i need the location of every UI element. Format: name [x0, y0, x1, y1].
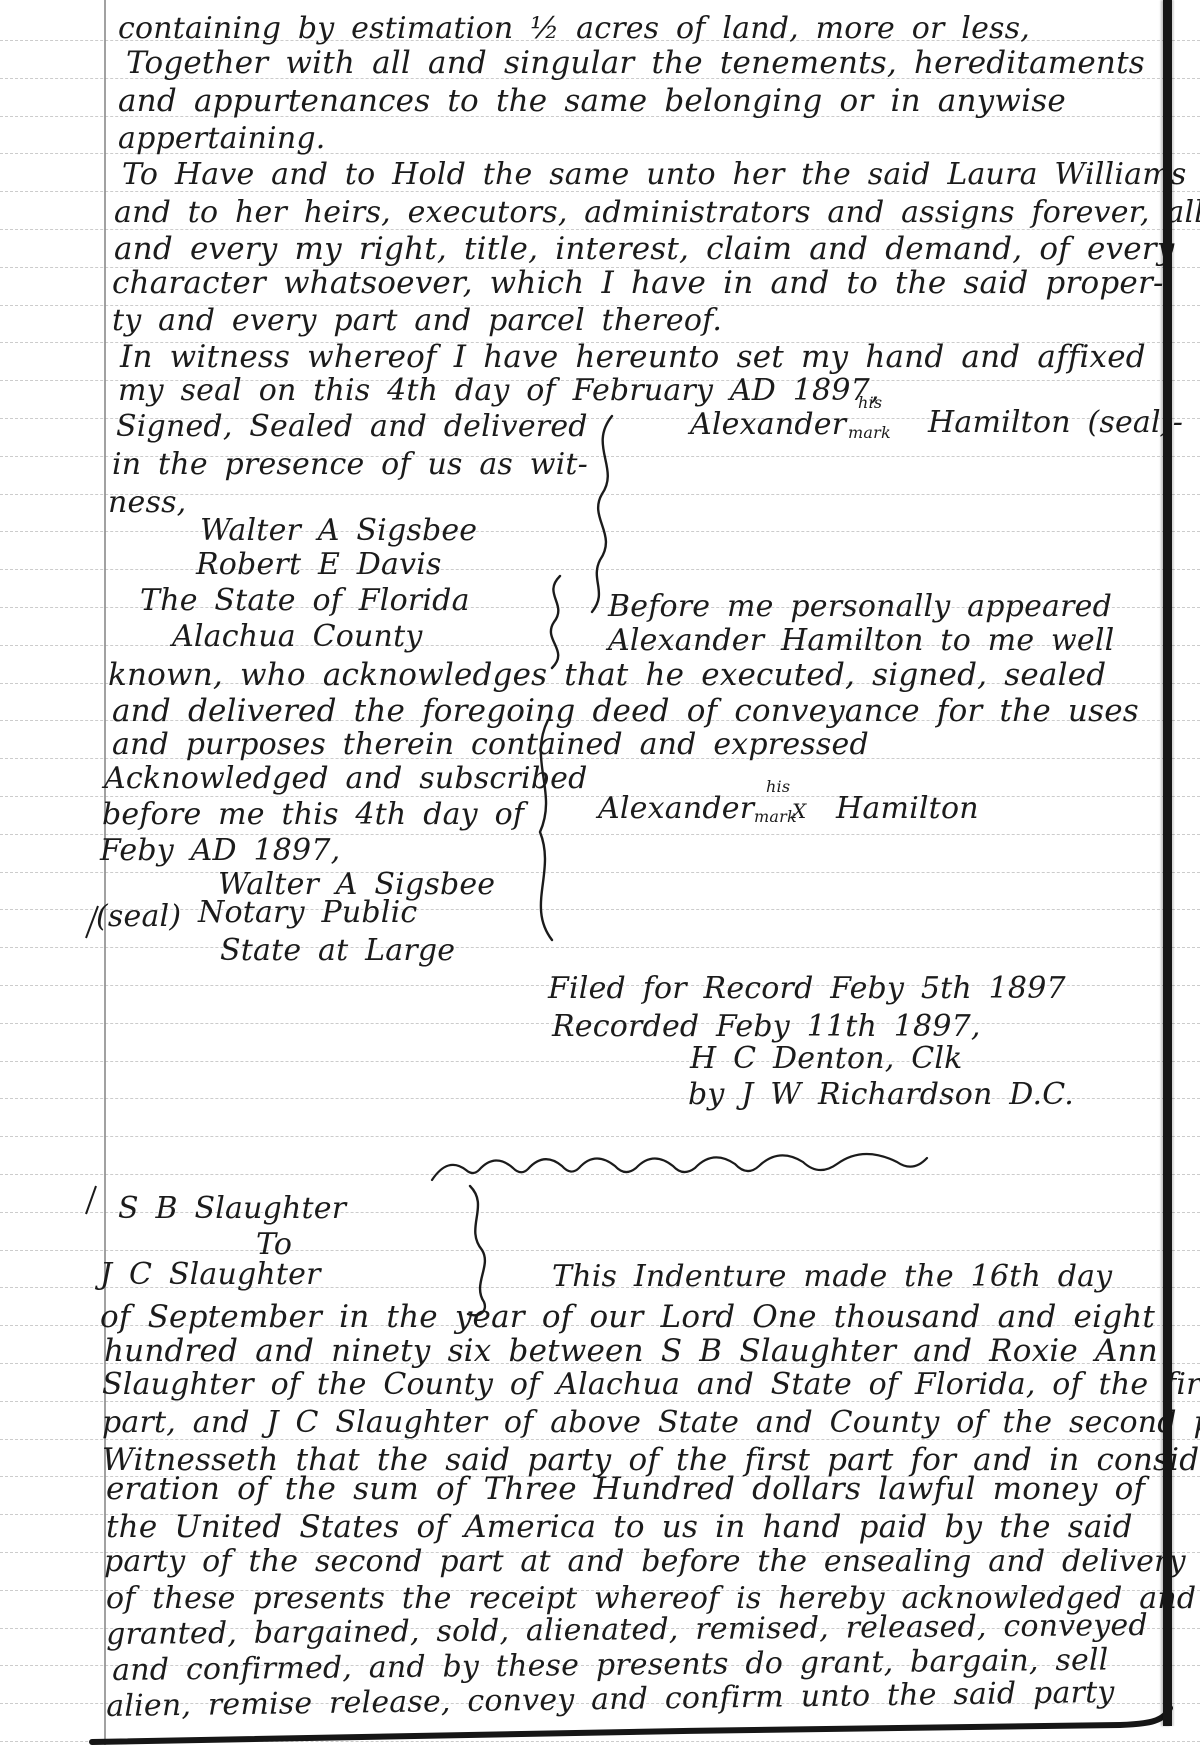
handwritten-line: and every my right, title, interest, cla… [114, 232, 1175, 266]
handwritten-line: Notary Public [198, 896, 417, 929]
handwritten-line: Alexander [598, 792, 754, 825]
handwritten-line: Before me personally appeared [608, 590, 1112, 623]
handwritten-line: J C Slaughter [100, 1258, 321, 1291]
handwritten-line: Hamilton (seal)- [928, 406, 1183, 439]
ruled-line [0, 569, 1200, 570]
handwritten-line: Robert E Davis [196, 548, 442, 581]
handwritten-line: and to her heirs, executors, administrat… [114, 196, 1200, 229]
ruled-line [0, 1061, 1200, 1062]
venue-brace [551, 576, 560, 668]
handwritten-line: before me this 4th day of [102, 798, 524, 831]
handwritten-line: Alexander Hamilton to me well [608, 624, 1114, 657]
ruled-line [0, 947, 1200, 948]
handwritten-line: State at Large [220, 934, 455, 967]
handwritten-line: This Indenture made the 16th day [552, 1260, 1112, 1293]
handwritten-line: containing by estimation ½ acres of land… [118, 12, 1030, 45]
handwritten-line: Together with all and singular the tenem… [126, 46, 1145, 80]
handwritten-line: Feby AD 1897, [100, 834, 340, 867]
handwritten-line: known, who acknowledges that he executed… [108, 658, 1106, 692]
handwritten-line: my seal on this 4th day of February AD 1… [118, 374, 880, 407]
handwritten-line: Slaughter of the County of Alachua and S… [102, 1368, 1200, 1401]
ruled-line [0, 1250, 1200, 1251]
handwritten-line: eration of the sum of Three Hundred doll… [106, 1472, 1145, 1506]
handwritten-line: To Have and to Hold the same unto her th… [122, 158, 1186, 191]
handwritten-line: ty and every part and parcel thereof. [112, 304, 722, 337]
handwritten-line: of September in the year of our Lord One… [100, 1300, 1155, 1334]
handwritten-line: and purposes therein contained and expre… [112, 728, 869, 761]
handwritten-line: and delivered the foregoing deed of conv… [112, 694, 1139, 728]
handwritten-line: The State of Florida [140, 584, 470, 617]
handwritten-line: party of the second part at and before t… [104, 1545, 1186, 1578]
margin-tick-mark [86, 1186, 96, 1214]
handwritten-line: Acknowledged and subscribed [104, 762, 588, 795]
handwritten-line: Alachua County [172, 620, 422, 653]
handwritten-line: S B Slaughter [118, 1192, 346, 1225]
handwritten-line: In witness whereof I have hereunto set m… [120, 340, 1146, 374]
handwritten-line: H C Denton, Clk [690, 1042, 963, 1075]
handwritten-line: hundred and ninety six between S B Slaug… [104, 1334, 1158, 1368]
handwritten-line: mark [754, 808, 797, 826]
handwritten-line: and appurtenances to the same belonging … [118, 84, 1066, 118]
handwritten-line: X [792, 800, 806, 822]
ruled-line [0, 1174, 1200, 1175]
witness-brace [592, 416, 612, 612]
section-divider-squiggle [432, 1154, 927, 1180]
handwritten-line: by J W Richardson D.C. [688, 1078, 1074, 1111]
handwritten-line: ness, [108, 486, 186, 519]
handwritten-line: Recorded Feby 11th 1897, [552, 1010, 981, 1043]
handwritten-line: Hamilton [836, 792, 979, 825]
handwritten-line: Filed for Record Feby 5th 1897 [548, 972, 1066, 1005]
handwritten-line: his [766, 778, 790, 796]
ruled-line [0, 872, 1200, 873]
handwritten-line: appertaining. [118, 122, 326, 155]
page-right-edge [1163, 0, 1172, 1726]
ruled-line [0, 1741, 1200, 1742]
deed-book-page: containing by estimation ½ acres of land… [0, 0, 1200, 1745]
ruled-line [0, 531, 1200, 532]
handwritten-line: Alexander [690, 408, 846, 441]
handwritten-line: in the presence of us as wit- [112, 448, 588, 481]
handwritten-line: (seal) [96, 900, 181, 933]
handwritten-line: the United States of America to us in ha… [106, 1510, 1133, 1544]
handwritten-line: Signed, Sealed and delivered [116, 410, 588, 443]
handwritten-line: mark [848, 424, 891, 442]
handwritten-line: Walter A Sigsbee [200, 514, 477, 547]
parties-brace [468, 1186, 485, 1315]
handwritten-line: part, and J C Slaughter of above State a… [102, 1406, 1200, 1439]
handwritten-line: character whatsoever, which I have in an… [112, 266, 1164, 300]
handwritten-line: his [858, 394, 882, 412]
ruled-line [0, 1136, 1200, 1137]
